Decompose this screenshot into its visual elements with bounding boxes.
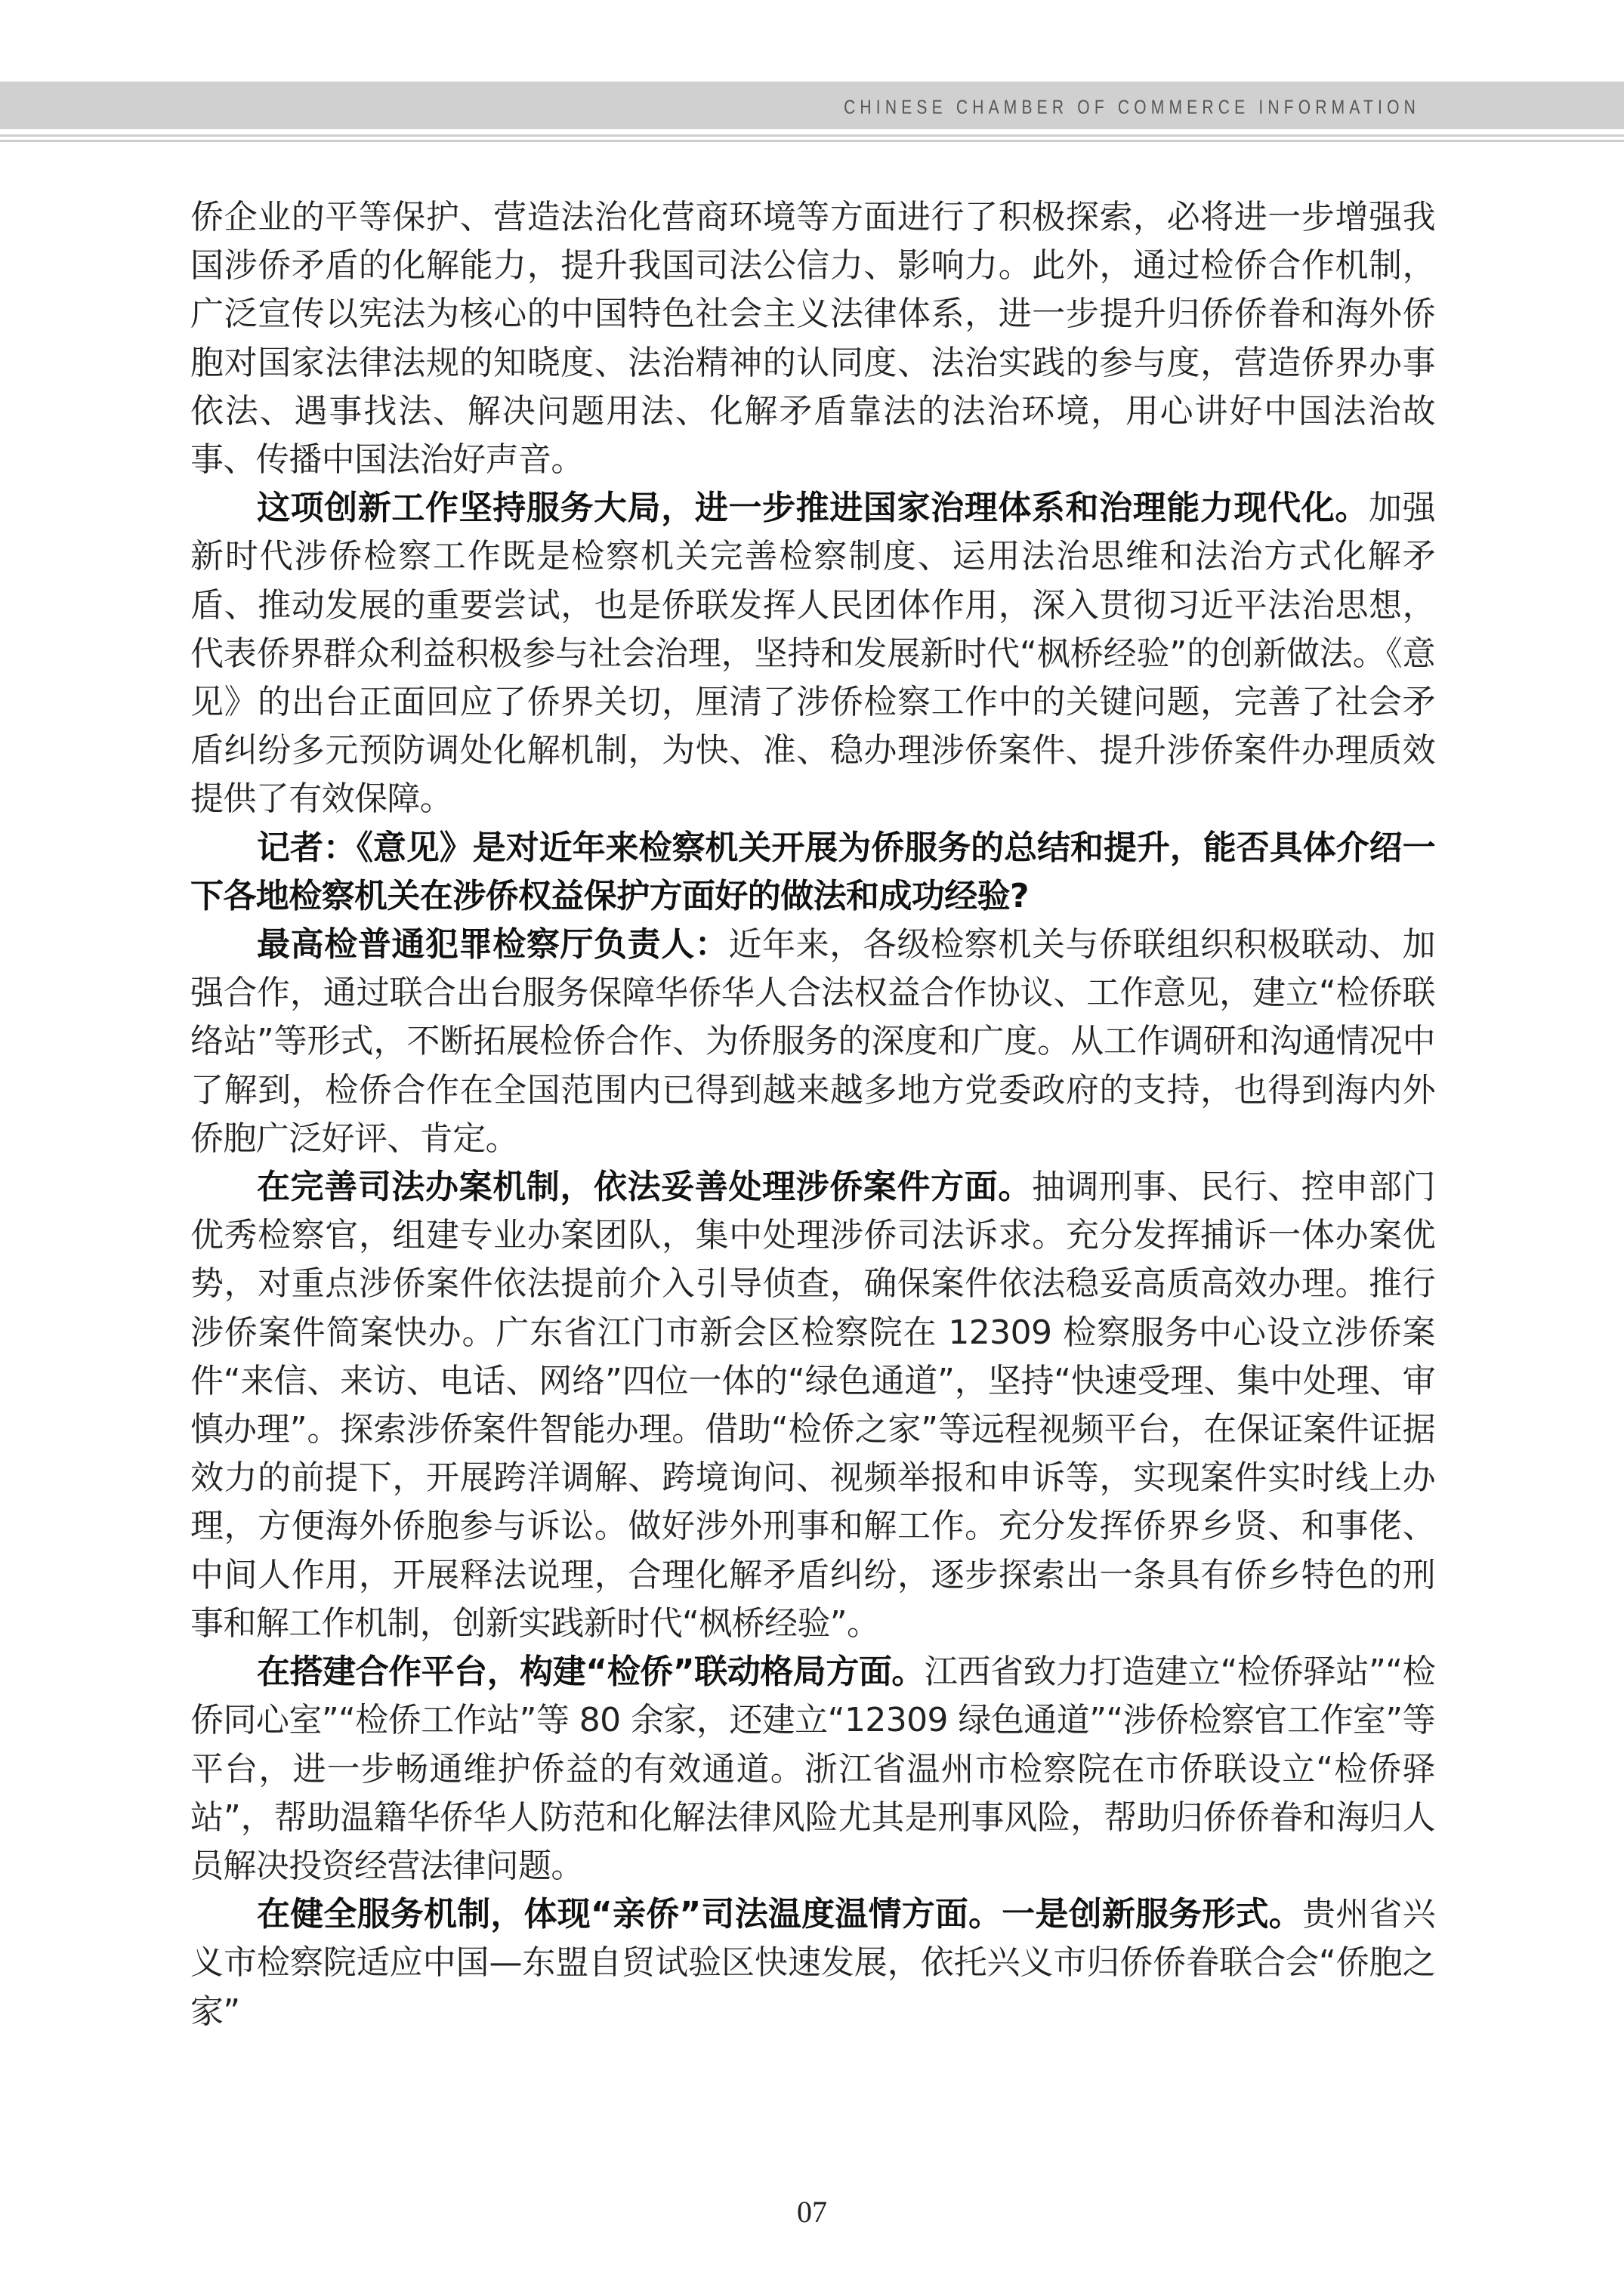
page-number: 07 xyxy=(0,2194,1624,2230)
paragraph-1: 侨企业的平等保护、营造法治化营商环境等方面进行了积极探索，必将进一步增强我国涉侨… xyxy=(190,193,1435,484)
paragraph-lead: 在搭建合作平台，构建“检侨”联动格局方面。 xyxy=(257,1653,925,1691)
publication-title: CHINESE CHAMBER OF COMMERCE INFORMATION xyxy=(844,97,1420,119)
paragraph-5: 在完善司法办案机制，依法妥善处理涉侨案件方面。抽调刑事、民行、控申部门优秀检察官… xyxy=(190,1163,1435,1648)
header-divider xyxy=(0,134,1624,142)
paragraph-7: 在健全服务机制，体现“亲侨”司法温度温情方面。一是创新服务形式。贵州省兴义市检察… xyxy=(190,1890,1435,2036)
paragraph-lead: 在健全服务机制，体现“亲侨”司法温度温情方面。一是创新服务形式。 xyxy=(257,1895,1302,1933)
paragraph-text: 抽调刑事、民行、控申部门优秀检察官，组建专业办案团队，集中处理涉侨司法诉求。充分… xyxy=(190,1168,1435,1643)
paragraph-lead: 在完善司法办案机制，依法妥善处理涉侨案件方面。 xyxy=(257,1168,1032,1206)
paragraph-lead: 最高检普通犯罪检察厅负责人： xyxy=(257,925,728,964)
paragraph-lead: 记者：《意见》是对近年来检察机关开展为侨服务的总结和提升，能否具体介绍一下各地检… xyxy=(190,829,1435,915)
reporter-question: 记者：《意见》是对近年来检察机关开展为侨服务的总结和提升，能否具体介绍一下各地检… xyxy=(190,824,1435,921)
paragraph-text: 加强新时代涉侨检察工作既是检察机关完善检察制度、运用法治思维和法治方式化解矛盾、… xyxy=(190,489,1435,818)
paragraph-2: 这项创新工作坚持服务大局，进一步推进国家治理体系和治理能力现代化。加强新时代涉侨… xyxy=(190,484,1435,823)
paragraph-lead: 这项创新工作坚持服务大局，进一步推进国家治理体系和治理能力现代化。 xyxy=(257,489,1369,527)
official-answer: 最高检普通犯罪检察厅负责人：近年来，各级检察机关与侨联组织积极联动、加强合作，通… xyxy=(190,921,1435,1163)
running-header-band: CHINESE CHAMBER OF COMMERCE INFORMATION xyxy=(0,82,1624,129)
article-body: 侨企业的平等保护、营造法治化营商环境等方面进行了积极探索，必将进一步增强我国涉侨… xyxy=(190,193,1435,2036)
paragraph-text: 侨企业的平等保护、营造法治化营商环境等方面进行了积极探索，必将进一步增强我国涉侨… xyxy=(190,198,1435,479)
paragraph-6: 在搭建合作平台，构建“检侨”联动格局方面。江西省致力打造建立“检侨驿站”“检侨同… xyxy=(190,1648,1435,1890)
